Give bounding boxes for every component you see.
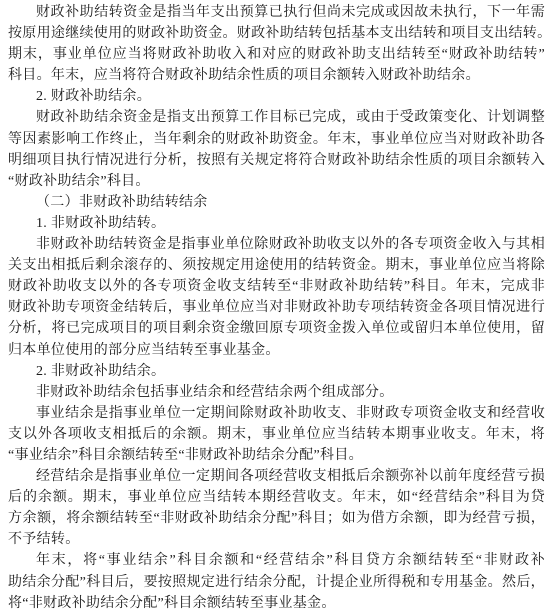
text-line: 期末，事业单位应当将财政补助收入和对应的财政补助支出结转至“财政补助结转” — [8, 44, 545, 65]
text-line: 将“非财政补助结余分配”科目余额结转至事业基金。 — [8, 593, 545, 614]
text-line: 财政补助收支以外的各专项资金收支结转至“非财政补助结转”科目。年末，完成非 — [8, 276, 545, 297]
text-line: 后的余额。期末，事业单位应当结转本期经营收支。年末，如“经营结余”科目为贷 — [8, 487, 545, 508]
text-line: 财政补助结余资金是指支出预算工作目标已完成，或由于受政策变化、计划调整 — [8, 107, 545, 128]
text-line: “事业结余”科目余额结转至“非财政补助结余分配”科目。 — [8, 445, 545, 466]
text-line: 方余额，将余额结转至“非财政补助结余分配”科目；如为借方余额，即为经营亏损， — [8, 508, 545, 529]
text-line: 助结余分配”科目后，要按照规定进行结余分配，计提企业所得税和专用基金。然后， — [8, 572, 545, 593]
text-line: 财政补助专项资金结转后，事业单位应当对非财政补助专项结转资金各项目情况进行 — [8, 297, 545, 318]
text-line: 按原用途继续使用的财政补助资金。财政补助结转包括基本支出结转和项目支出结转。 — [8, 23, 545, 44]
text-line: 科目。年末，应当将符合财政补助结余性质的项目余额转入财政补助结余。 — [8, 65, 545, 86]
text-line: 分析，将已完成项目的项目剩余资金缴回原专项资金拨入单位或留归本单位使用，留 — [8, 318, 545, 339]
text-line: 不予结转。 — [8, 529, 545, 550]
text-line: 非财政补助结转资金是指事业单位除财政补助收支以外的各专项资金收入与其相 — [8, 234, 545, 255]
text-line: 非财政补助结余包括事业结余和经营结余两个组成部分。 — [8, 382, 545, 403]
text-line: （二）非财政补助结转结余 — [8, 192, 545, 213]
text-line: 关支出相抵后剩余滚存的、须按规定用途使用的结转资金。期末，事业单位应当将除 — [8, 255, 545, 276]
text-line: 财政补助结转资金是指当年支出预算已执行但尚未完成或因故未执行，下一年需 — [8, 2, 545, 23]
text-line: 年末，将“事业结余”科目余额和“经营结余”科目贷方余额结转至“非财政补 — [8, 550, 545, 571]
text-line: 等因素影响工作终止，当年剩余的财政补助资金。年末，事业单位应当对财政补助各 — [8, 129, 545, 150]
text-line: 经营结余是指事业单位一定期间各项经营收支相抵后余额弥补以前年度经营亏损 — [8, 466, 545, 487]
text-line: 2. 非财政补助结余。 — [8, 361, 545, 382]
text-block: 财政补助结转资金是指当年支出预算已执行但尚未完成或因故未执行，下一年需按原用途继… — [8, 2, 545, 614]
text-line: “财政补助结余”科目。 — [8, 171, 545, 192]
text-line: 2. 财政补助结余。 — [8, 86, 545, 107]
text-line: 归本单位使用的部分应当结转至事业基金。 — [8, 340, 545, 361]
text-line: 明细项目执行情况进行分析，按照有关规定将符合财政补助结余性质的项目余额转入 — [8, 150, 545, 171]
text-line: 1. 非财政补助结转。 — [8, 213, 545, 234]
text-line: 事业结余是指事业单位一定期间除财政补助收支、非财政专项资金收支和经营收 — [8, 403, 545, 424]
text-line: 支以外各项收支相抵后的余额。期末，事业单位应当结转本期事业收支。年末，将 — [8, 424, 545, 445]
document-page: 财政补助结转资金是指当年支出预算已执行但尚未完成或因故未执行，下一年需按原用途继… — [0, 0, 551, 615]
